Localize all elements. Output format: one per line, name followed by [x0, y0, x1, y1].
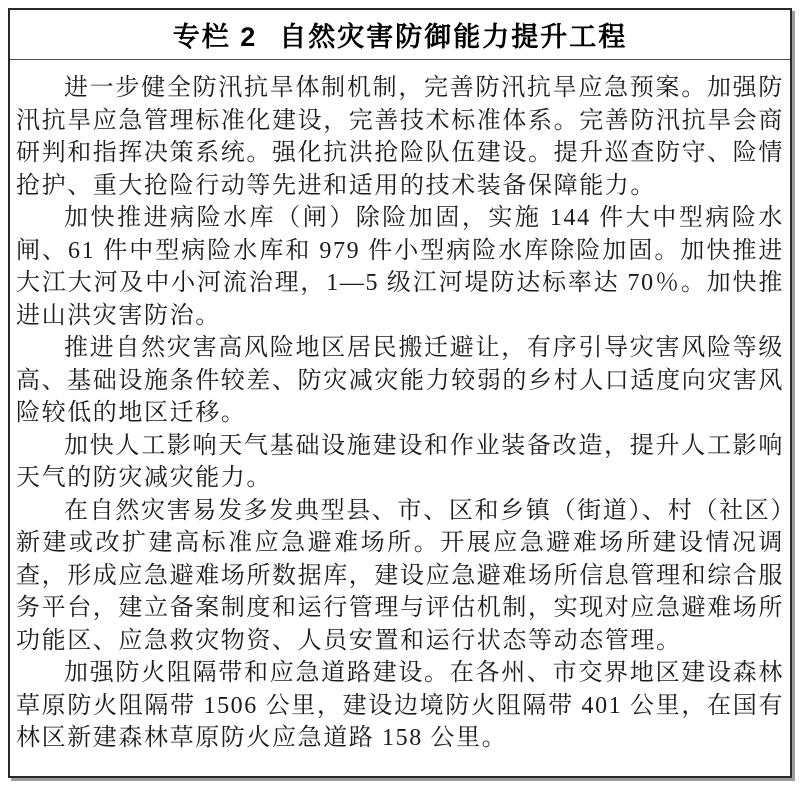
panel-title: 专栏 2自然灾害防御能力提升工程 [173, 15, 628, 54]
page: { "panel": { "title": { "label": "专栏 2",… [0, 0, 800, 793]
panel-title-label: 专栏 2 [173, 22, 258, 52]
paragraph-reservoir-reinforcement: 加快推进病险水库（闸）除险加固，实施 144 件大中型病险水闸、61 件中型病险… [16, 202, 784, 332]
paragraph-emergency-shelters: 在自然灾害易发多发典型县、市、区和乡镇（街道）、村（社区）新建或改扩建高标准应急… [16, 495, 784, 658]
paragraph-flood-drought-system: 进一步健全防汛抗旱体制机制，完善防汛抗旱应急预案。加强防汛抗旱应急管理标准化建设… [16, 72, 784, 202]
document-panel: 专栏 2自然灾害防御能力提升工程 进一步健全防汛抗旱体制机制，完善防汛抗旱应急预… [8, 8, 792, 778]
paragraph-firebreaks-roads: 加强防火阻隔带和应急道路建设。在各州、市交界地区建设森林草原防火阻隔带 1506… [16, 657, 784, 755]
panel-title-text: 自然灾害防御能力提升工程 [279, 22, 627, 52]
panel-header: 专栏 2自然灾害防御能力提升工程 [10, 10, 790, 60]
panel-body: 进一步健全防汛抗旱体制机制，完善防汛抗旱应急预案。加强防汛抗旱应急管理标准化建设… [10, 60, 790, 773]
paragraph-weather-modification: 加快人工影响天气基础设施建设和作业装备改造，提升人工影响天气的防灾减灾能力。 [16, 430, 784, 495]
paragraph-resident-relocation: 推进自然灾害高风险地区居民搬迁避让，有序引导灾害风险等级高、基础设施条件较差、防… [16, 332, 784, 430]
